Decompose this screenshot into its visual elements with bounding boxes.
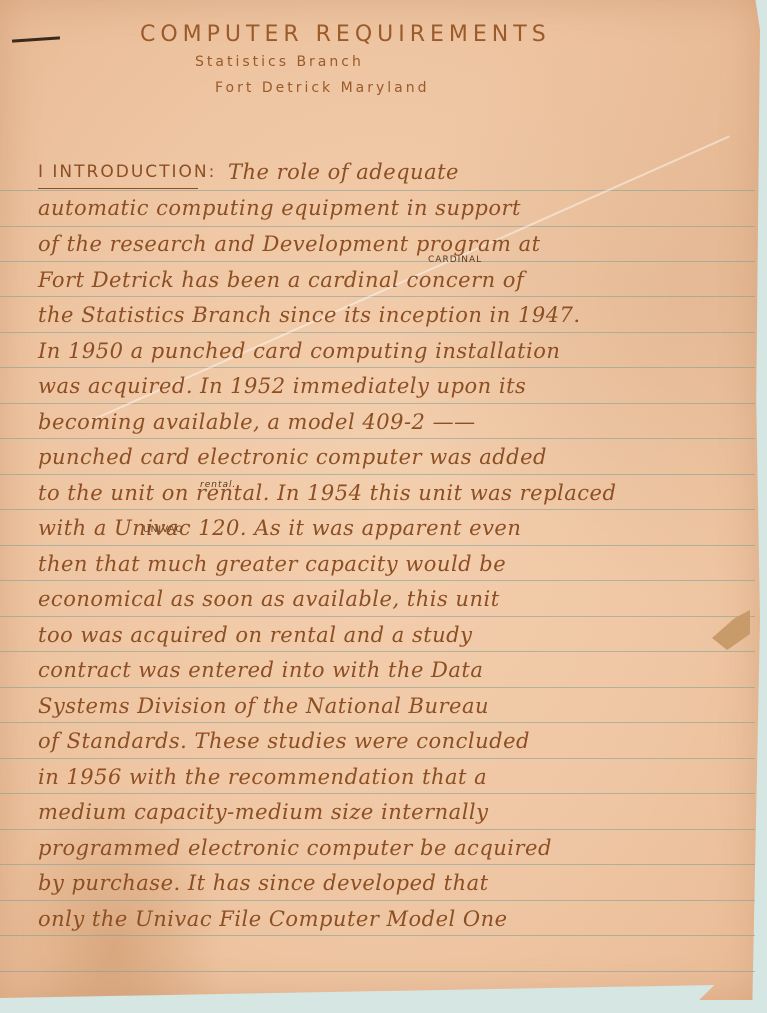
body-line-10: to the unit on rental. In 1954 this unit… [38,481,616,505]
rule-line [0,722,755,723]
rule-line [0,367,755,368]
section-heading: I INTRODUCTION: [38,162,216,182]
rule-line [0,758,755,759]
body-line-18: in 1956 with the recommendation that a [38,765,487,789]
body-line-15: contract was entered into with the Data [38,658,483,682]
body-line-14: too was acquired on rental and a study [38,623,473,647]
rule-line [0,935,755,936]
body-line-21: by purchase. It has since developed that [38,871,489,895]
rule-line [0,829,755,830]
document-subtitle-branch: Statistics Branch [195,54,364,70]
body-line-12: then that much greater capacity would be [38,552,506,576]
body-line-6: In 1950 a punched card computing install… [38,339,560,363]
rule-line [0,226,755,227]
rule-line [0,971,755,972]
rule-line [0,296,755,297]
body-line-4: Fort Detrick has been a cardinal concern… [38,268,524,292]
body-line-9: punched card electronic computer was add… [38,445,547,469]
body-line-3: of the research and Development program … [38,232,541,256]
body-line-19: medium capacity-medium size internally [38,800,489,824]
rule-line [0,687,755,688]
body-line-17: of Standards. These studies were conclud… [38,729,530,753]
body-line-5: the Statistics Branch since its inceptio… [38,303,581,327]
body-line-22: only the Univac File Computer Model One [38,907,508,931]
scanned-page: COMPUTER REQUIREMENTS Statistics Branch … [0,0,767,1013]
body-line-13: economical as soon as available, this un… [38,587,500,611]
body-line-20: programmed electronic computer be acquir… [38,836,552,860]
body-line-11: with a Univac 120. As it was apparent ev… [38,516,521,540]
rule-line [0,403,755,404]
rule-line [0,509,755,510]
rule-line [0,900,755,901]
body-line-2: automatic computing equipment in support [38,196,521,220]
rule-line [0,545,755,546]
body-line-16: Systems Division of the National Bureau [38,694,489,718]
rule-line [0,261,755,262]
section-heading-underline [38,188,198,189]
body-line-7: was acquired. In 1952 immediately upon i… [38,374,526,398]
rule-line [0,616,755,617]
rule-line [0,864,755,865]
document-title: COMPUTER REQUIREMENTS [140,22,551,47]
body-line-8: becoming available, a model 409-2 —— [38,410,476,434]
rule-line [0,651,755,652]
rule-line [0,580,755,581]
rule-line [0,793,755,794]
document-subtitle-location: Fort Detrick Maryland [215,80,430,96]
annotation-cardinal: CARDINAL [428,255,482,265]
rule-line [0,332,755,333]
rule-line [0,438,755,439]
rule-line [0,474,755,475]
body-line-1: The role of adequate [228,160,459,184]
rule-line [0,190,755,191]
